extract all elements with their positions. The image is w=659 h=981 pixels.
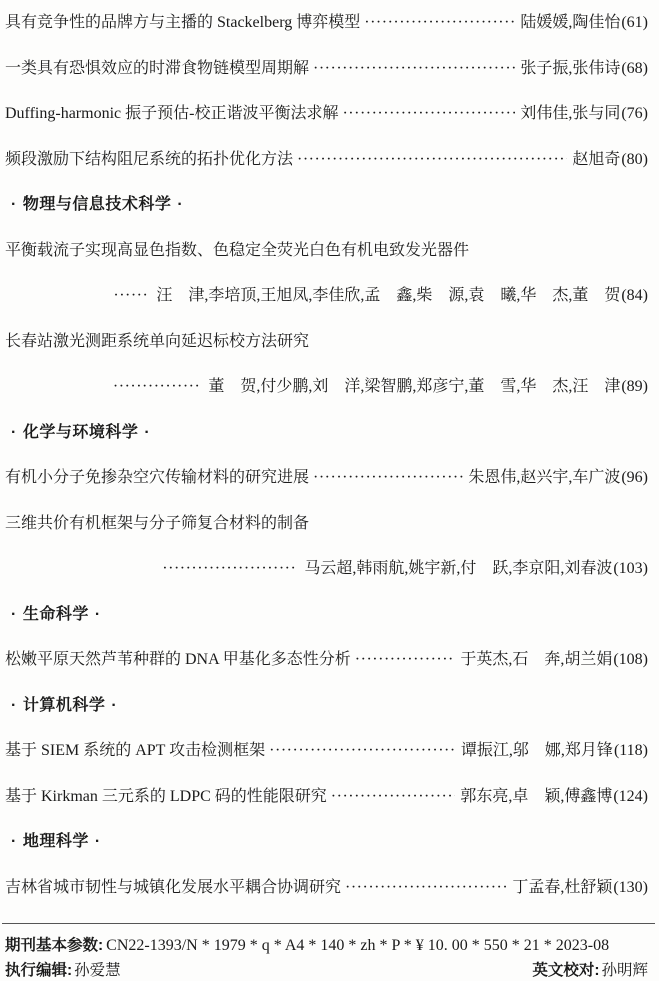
- dot-leader: ········································…: [331, 787, 456, 807]
- entry-title: 松嫩平原天然芦苇种群的 DNA 甲基化多态性分析: [5, 650, 351, 670]
- section-dot-left: ·: [11, 423, 17, 443]
- toc-entry: 吉林省城市韧性与城镇化发展水平耦合协调研究 ··················…: [5, 878, 648, 898]
- toc-entry-title-line: 长春站激光测距系统单向延迟标校方法研究: [5, 332, 648, 352]
- section-dot-right: ·: [95, 605, 101, 625]
- section-header-geography: · 地理科学 ·: [5, 832, 648, 852]
- section-dot-right: ·: [95, 832, 101, 852]
- entry-title: 长春站激光测距系统单向延迟标校方法研究: [5, 332, 309, 352]
- dot-leader-fill: ········································…: [269, 742, 456, 759]
- entry-tail: 刘伟佳,张与同(76): [520, 104, 648, 124]
- entry-page-number: (96): [620, 469, 648, 486]
- entry-title: 有机小分子免掺杂空穴传输材料的研究进展: [5, 468, 309, 488]
- editors-line: 执行编辑:孙爱慧 英文校对:孙明辉: [5, 961, 648, 981]
- dot-leader-fill: ········································…: [297, 151, 567, 168]
- entry-page-number: (76): [620, 105, 648, 122]
- section-dot-right: ·: [177, 195, 183, 215]
- entry-authors: 谭振江,邬 娜,郑月锋: [461, 742, 613, 759]
- dot-leader: ········································…: [342, 104, 515, 124]
- toc-entry-authors-line: ······ 汪 津,李培顶,王旭凤,李佳欣,孟 鑫,柴 源,袁 曦,华 杰,董…: [5, 286, 648, 306]
- entry-tail: 于英杰,石 奔,胡兰娟(108): [460, 650, 648, 670]
- journal-parameters-line: 期刊基本参数: CN22-1393/N * 1979 * q * A4 * 14…: [5, 936, 648, 956]
- section-dot-right: ·: [111, 696, 117, 716]
- entry-page-number: (80): [620, 151, 648, 168]
- journal-footer: 期刊基本参数: CN22-1393/N * 1979 * q * A4 * 14…: [2, 923, 655, 981]
- entry-authors: 马云超,韩雨航,姚宇新,付 跃,李京阳,刘春波: [304, 559, 612, 579]
- section-dot-right: ·: [144, 423, 150, 443]
- dot-leader: ········································…: [345, 878, 507, 898]
- section-label: 化学与环境科学: [23, 423, 139, 443]
- entry-authors: 汪 津,李培顶,王旭凤,李佳欣,孟 鑫,柴 源,袁 曦,华 杰,董 贺: [156, 286, 620, 306]
- executive-editor-name: 孙爱慧: [72, 962, 121, 979]
- english-proofreader: 英文校对:孙明辉: [532, 961, 648, 981]
- entry-title: 平衡载流子实现高显色指数、色稳定全荧光白色有机电致发光器件: [5, 241, 469, 261]
- toc-entry: 松嫩平原天然芦苇种群的 DNA 甲基化多态性分析 ···············…: [5, 650, 648, 670]
- entry-title: 基于 SIEM 系统的 APT 攻击检测框架: [5, 741, 265, 761]
- dot-leader: ········································…: [313, 59, 515, 79]
- entry-title: 吉林省城市韧性与城镇化发展水平耦合协调研究: [5, 878, 341, 898]
- dot-leader: ······: [113, 286, 148, 306]
- journal-parameters-label: 期刊基本参数:: [5, 936, 103, 956]
- toc-list: 具有竞争性的品牌方与主播的 Stackelberg 博弈模型 ·········…: [0, 0, 659, 898]
- journal-toc-page: 具有竞争性的品牌方与主播的 Stackelberg 博弈模型 ·········…: [0, 0, 659, 981]
- section-header-chemistry-environment: · 化学与环境科学 ·: [5, 423, 648, 443]
- entry-page-number: (68): [620, 60, 648, 77]
- section-header-physics-it: · 物理与信息技术科学 ·: [5, 195, 648, 215]
- entry-page-number: (103): [612, 559, 648, 579]
- entry-page-number: (108): [612, 651, 648, 668]
- entry-title: 频段激励下结构阻尼系统的拓扑优化方法: [5, 150, 293, 170]
- section-label: 物理与信息技术科学: [23, 195, 172, 215]
- entry-title: 一类具有恐惧效应的时滞食物链模型周期解: [5, 59, 309, 79]
- entry-authors: 赵旭奇: [572, 151, 620, 168]
- section-dot-left: ·: [11, 195, 17, 215]
- journal-parameters-value: CN22-1393/N * 1979 * q * A4 * 140 * zh *…: [103, 936, 609, 956]
- executive-editor-label: 执行编辑:: [5, 962, 72, 979]
- entry-tail: 赵旭奇(80): [572, 150, 648, 170]
- dot-leader-fill: ········································…: [342, 105, 515, 122]
- toc-entry-authors-line: ······················· 马云超,韩雨航,姚宇新,付 跃,…: [5, 559, 648, 579]
- section-label: 计算机科学: [23, 696, 106, 716]
- entry-title: 基于 Kirkman 三元系的 LDPC 码的性能限研究: [5, 787, 327, 807]
- dot-leader: ········································…: [364, 13, 515, 33]
- entry-authors: 朱恩伟,赵兴宇,车广波: [468, 469, 620, 486]
- section-dot-left: ·: [11, 605, 17, 625]
- toc-entry: 基于 Kirkman 三元系的 LDPC 码的性能限研究 ···········…: [5, 787, 648, 807]
- toc-entry-title-line: 平衡载流子实现高显色指数、色稳定全荧光白色有机电致发光器件: [5, 241, 648, 261]
- toc-entry-title-line: 三维共价有机框架与分子筛复合材料的制备: [5, 514, 648, 534]
- executive-editor: 执行编辑:孙爱慧: [5, 961, 121, 981]
- section-header-life-science: · 生命科学 ·: [5, 605, 648, 625]
- toc-entry: 一类具有恐惧效应的时滞食物链模型周期解 ····················…: [5, 59, 648, 79]
- dot-leader-fill: ········································…: [313, 60, 515, 77]
- section-dot-left: ·: [11, 832, 17, 852]
- dot-leader: ········································…: [297, 150, 567, 170]
- dot-leader: ········································…: [313, 468, 463, 488]
- section-header-computer-science: · 计算机科学 ·: [5, 696, 648, 716]
- english-proofreader-name: 孙明辉: [599, 962, 648, 979]
- toc-entry: 具有竞争性的品牌方与主播的 Stackelberg 博弈模型 ·········…: [5, 13, 648, 33]
- entry-title: 三维共价有机框架与分子筛复合材料的制备: [5, 514, 309, 534]
- entry-page-number: (124): [612, 788, 648, 805]
- toc-entry: Duffing-harmonic 振子预估-校正谐波平衡法求解 ········…: [5, 104, 648, 124]
- entry-page-number: (118): [613, 742, 648, 759]
- entry-authors: 张子振,张伟诗: [520, 60, 620, 77]
- dot-leader-fill: ········································…: [313, 469, 463, 486]
- entry-tail: 张子振,张伟诗(68): [520, 59, 648, 79]
- toc-entry: 有机小分子免掺杂空穴传输材料的研究进展 ····················…: [5, 468, 648, 488]
- dot-leader: ········································…: [355, 650, 456, 670]
- dot-leader: ········································…: [269, 741, 456, 761]
- entry-tail: 陆媛媛,陶佳怡(61): [520, 13, 648, 33]
- entry-authors: 丁孟春,杜舒颖: [512, 879, 612, 896]
- entry-authors: 于英杰,石 奔,胡兰娟: [460, 651, 612, 668]
- dot-leader: ·······················: [162, 559, 296, 579]
- dot-leader-fill: ········································…: [355, 651, 456, 668]
- entry-tail: 郭东亮,卓 颖,傅鑫博(124): [460, 787, 648, 807]
- entry-title: 具有竞争性的品牌方与主播的 Stackelberg 博弈模型: [5, 13, 360, 33]
- entry-title: Duffing-harmonic 振子预估-校正谐波平衡法求解: [5, 104, 338, 124]
- entry-tail: 丁孟春,杜舒颖(130): [512, 878, 648, 898]
- dot-leader-fill: ········································…: [331, 788, 456, 805]
- dot-leader-fill: ········································…: [345, 879, 507, 896]
- entry-authors: 刘伟佳,张与同: [520, 105, 620, 122]
- section-label: 生命科学: [23, 605, 89, 625]
- entry-tail: 朱恩伟,赵兴宇,车广波(96): [468, 468, 648, 488]
- toc-entry-authors-line: ··············· 董 贺,付少鹏,刘 洋,梁智鹏,郑彦宁,董 雪,…: [5, 377, 648, 397]
- entry-authors: 董 贺,付少鹏,刘 洋,梁智鹏,郑彦宁,董 雪,华 杰,汪 津: [208, 377, 620, 397]
- entry-page-number: (130): [612, 879, 648, 896]
- entry-authors: 郭东亮,卓 颖,傅鑫博: [460, 788, 612, 805]
- entry-page-number: (61): [620, 14, 648, 31]
- dot-leader: ···············: [113, 377, 200, 397]
- toc-entry: 频段激励下结构阻尼系统的拓扑优化方法 ·····················…: [5, 150, 648, 170]
- entry-authors: 陆媛媛,陶佳怡: [520, 14, 620, 31]
- section-label: 地理科学: [23, 832, 89, 852]
- english-proofreader-label: 英文校对:: [532, 962, 599, 979]
- toc-entry: 基于 SIEM 系统的 APT 攻击检测框架 ·················…: [5, 741, 648, 761]
- entry-page-number: (89): [620, 377, 648, 397]
- entry-page-number: (84): [620, 286, 648, 306]
- dot-leader-fill: ········································…: [364, 14, 515, 31]
- section-dot-left: ·: [11, 696, 17, 716]
- entry-tail: 谭振江,邬 娜,郑月锋(118): [461, 741, 648, 761]
